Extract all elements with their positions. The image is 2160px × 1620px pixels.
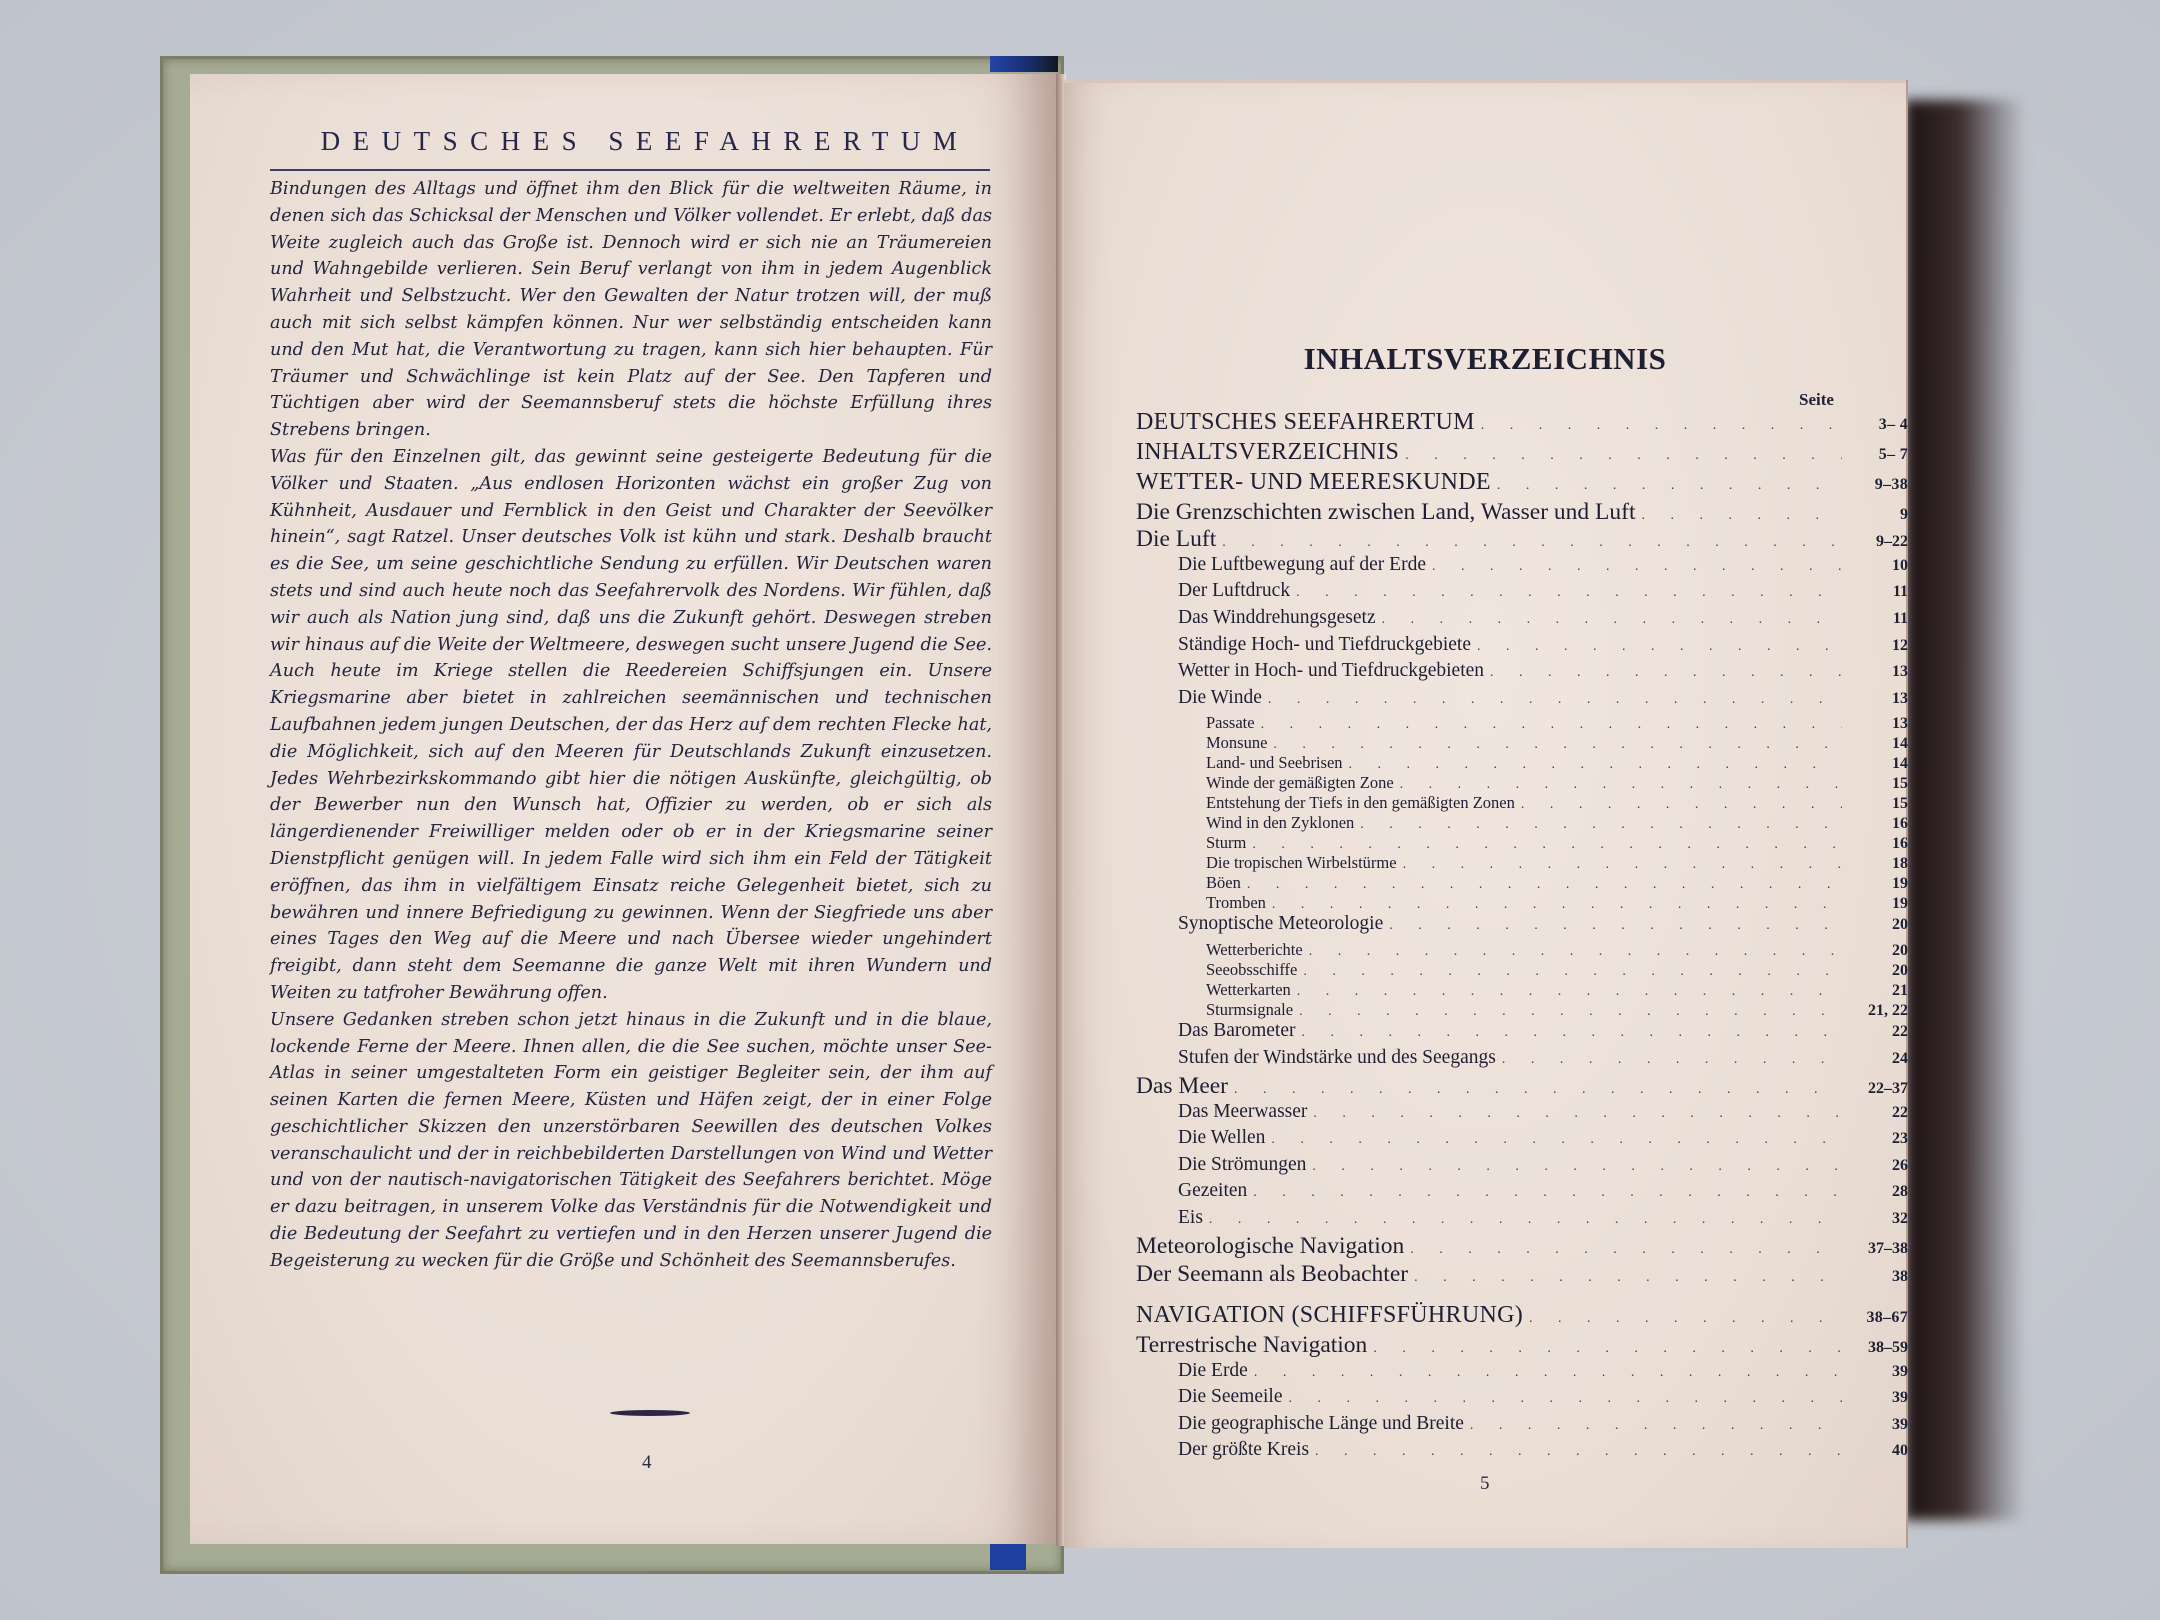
toc-entry-page: 5– 7 [1842,446,1908,464]
toc-entry-page: 38 [1842,1268,1908,1286]
toc-entry-title: Sturmsignale [1206,1000,1299,1020]
toc-entry-page: 18 [1842,854,1908,873]
left-page: DEUTSCHES SEEFAHRERTUM Bindungen des All… [190,74,1060,1544]
toc-entry-title: Die Wellen [1178,1127,1271,1149]
toc-entry-page: 32 [1842,1210,1908,1228]
dot-leader [1297,982,1842,1000]
toc-entry-page: 39 [1842,1416,1908,1434]
dot-leader [1642,508,1843,524]
toc-entry-title: Das Meerwasser [1178,1101,1313,1123]
toc-entry[interactable]: Land- und Seebrisen14 [1136,753,1908,773]
toc-entry-page: 24 [1842,1050,1908,1068]
toc-entry-title: Die tropischen Wirbelstürme [1206,853,1403,873]
toc-entry-page: 13 [1842,714,1908,733]
toc-entry-page: 40 [1842,1442,1908,1460]
dot-leader [1234,1082,1842,1098]
toc-entry-title: Wind in den Zyklonen [1206,813,1360,833]
toc-entry-title: DEUTSCHES SEEFAHRERTUM [1136,409,1481,436]
toc-entry[interactable]: Die Luft9–22 [1136,526,1908,553]
dot-leader [1272,895,1842,913]
toc-entry-title: Die Luft [1136,526,1222,553]
toc-entry-title: Die Erde [1178,1360,1254,1382]
toc-entry-page: 23 [1842,1130,1908,1148]
toc-entry[interactable]: Sturm16 [1136,833,1908,853]
toc-entry[interactable]: DEUTSCHES SEEFAHRERTUM3– 4 [1136,409,1908,439]
toc-entry[interactable]: Tromben19 [1136,893,1908,913]
dot-leader [1273,735,1842,753]
toc-entry-page: 39 [1842,1389,1908,1407]
toc-entry-title: Eis [1178,1207,1209,1229]
dot-leader [1414,1270,1842,1286]
dot-leader [1477,639,1842,655]
toc-entry-page: 13 [1842,663,1908,681]
toc-entry-title: Die Winde [1178,687,1268,709]
toc-entry-title: Die Luftbewegung auf der Erde [1178,554,1432,576]
toc-entry[interactable]: Wetter in Hoch- und Tiefdruckgebieten13 [1136,660,1908,687]
toc-entry-title: Seeobsschiffe [1206,960,1303,980]
toc-entry-title: Passate [1206,713,1261,733]
dot-leader [1382,612,1842,628]
toc-entry[interactable]: NAVIGATION (SCHIFFSFÜHRUNG)38–67 [1136,1302,1908,1332]
dot-leader [1254,1365,1842,1381]
toc-entry-page: 11 [1842,583,1908,601]
toc-entry[interactable]: Die Winde13 [1136,687,1908,714]
toc-entry-title: Die Seemeile [1178,1386,1289,1408]
toc-entry[interactable]: Stufen der Windstärke und des Seegangs24 [1136,1047,1908,1074]
dot-leader [1268,692,1842,708]
toc-entry-page: 19 [1842,874,1908,893]
toc-entry[interactable]: Eis32 [1136,1207,1908,1234]
toc-entry-page: 12 [1842,637,1908,655]
toc-entry-title: Das Meer [1136,1073,1234,1100]
toc-entry-page: 9 [1842,506,1908,524]
toc-entry-title: Land- und Seebrisen [1206,753,1349,773]
dot-leader [1389,918,1842,934]
toc-entry-page: 38–67 [1842,1309,1908,1327]
toc-entry-title: Terrestrische Navigation [1136,1332,1373,1359]
toc-entry-page: 20 [1842,941,1908,960]
toc-entry[interactable]: Das Barometer22 [1136,1020,1908,1047]
dot-leader [1373,1341,1842,1357]
toc-entry-title: Die Strömungen [1178,1154,1312,1176]
right-page: INHALTSVERZEICHNIS Seite DEUTSCHES SEEFA… [1064,80,1906,1548]
toc-entry-title: Ständige Hoch- und Tiefdruckgebiete [1178,634,1477,656]
toc-entry-title: INHALTSVERZEICHNIS [1136,439,1405,466]
toc-entry[interactable]: Das Meer22–37 [1136,1073,1908,1100]
page-title: INHALTSVERZEICHNIS [1064,341,1906,377]
table-of-contents: DEUTSCHES SEEFAHRERTUM3– 4INHALTSVERZEIC… [1136,409,1908,1466]
closing-ornament [610,1410,690,1416]
dot-leader [1222,535,1842,551]
paragraph: Bindungen des Alltags und öffnet ihm den… [270,176,992,444]
page-number: 4 [642,1452,652,1474]
dot-leader [1470,1418,1842,1434]
toc-entry[interactable]: Meteorologische Navigation37–38 [1136,1233,1908,1260]
dot-leader [1209,1212,1842,1228]
toc-entry[interactable]: Das Meerwasser22 [1136,1101,1908,1128]
dot-leader [1299,1002,1842,1020]
dot-leader [1302,1025,1843,1041]
spine-cloth-bottom [990,1540,1026,1570]
book-shadow [1905,100,2025,1520]
toc-entry[interactable]: Gezeiten28 [1136,1180,1908,1207]
toc-entry[interactable]: Der Seemann als Beobachter38 [1136,1261,1908,1288]
toc-entry-page: 26 [1842,1157,1908,1175]
toc-entry[interactable]: Böen19 [1136,873,1908,893]
toc-entry[interactable]: Die tropischen Wirbelstürme18 [1136,853,1908,873]
toc-entry-page: 3– 4 [1842,416,1908,434]
dot-leader [1403,855,1842,873]
toc-entry-page: 21 [1842,981,1908,1000]
toc-entry-page: 22 [1842,1023,1908,1041]
dot-leader [1529,1311,1842,1327]
toc-entry-page: 14 [1842,734,1908,753]
running-head: DEUTSCHES SEEFAHRERTUM [300,126,990,157]
toc-entry-page: 14 [1842,754,1908,773]
toc-entry-title: Gezeiten [1178,1180,1253,1202]
dot-leader [1497,478,1842,494]
toc-entry[interactable]: WETTER- UND MEERESKUNDE9–38 [1136,469,1908,499]
toc-entry[interactable]: Entstehung der Tiefs in den gemäßigten Z… [1136,793,1908,813]
toc-entry-page: 22–37 [1842,1080,1908,1098]
toc-entry[interactable]: Winde der gemäßigten Zone15 [1136,773,1908,793]
page-column-label: Seite [1799,390,1834,410]
dot-leader [1247,875,1842,893]
toc-entry-title: Tromben [1206,893,1272,913]
toc-entry[interactable]: Die Luftbewegung auf der Erde10 [1136,554,1908,581]
dot-leader [1521,795,1842,813]
dot-leader [1296,585,1842,601]
toc-entry[interactable]: Die Grenzschichten zwischen Land, Wasser… [1136,499,1908,526]
toc-entry-page: 38–59 [1842,1339,1908,1357]
dot-leader [1312,1159,1842,1175]
toc-entry-page: 20 [1842,916,1908,934]
toc-entry-page: 9–22 [1842,533,1908,551]
dot-leader [1405,448,1842,464]
toc-entry-page: 28 [1842,1183,1908,1201]
toc-entry-title: Monsune [1206,733,1273,753]
spine-cloth-top [990,56,1058,72]
toc-entry-page: 16 [1842,834,1908,853]
toc-entry-page: 37–38 [1842,1240,1908,1258]
toc-entry[interactable]: INHALTSVERZEICHNIS5– 7 [1136,439,1908,469]
dot-leader [1253,1185,1842,1201]
paragraph: Was für den Einzelnen gilt, das gewinnt … [270,444,992,1007]
toc-entry[interactable]: Wind in den Zyklonen16 [1136,813,1908,833]
toc-entry-title: Meteorologische Navigation [1136,1233,1410,1260]
dot-leader [1261,715,1842,733]
dot-leader [1289,1391,1843,1407]
toc-entry[interactable]: Die Wellen23 [1136,1127,1908,1154]
toc-entry-title: Der größte Kreis [1178,1439,1315,1461]
dot-leader [1349,755,1842,773]
toc-entry[interactable]: Synoptische Meteorologie20 [1136,913,1908,940]
toc-entry-page: 39 [1842,1363,1908,1381]
toc-entry[interactable]: Der Luftdruck11 [1136,580,1908,607]
toc-entry-title: Stufen der Windstärke und des Seegangs [1178,1047,1502,1069]
toc-entry-title: Die Grenzschichten zwischen Land, Wasser… [1136,499,1642,526]
toc-entry-title: Synoptische Meteorologie [1178,913,1389,935]
toc-entry-title: Die geographische Länge und Breite [1178,1413,1470,1435]
dot-leader [1502,1052,1842,1068]
toc-entry[interactable]: Die Erde39 [1136,1360,1908,1387]
toc-entry-page: 10 [1842,557,1908,575]
toc-entry-page: 16 [1842,814,1908,833]
toc-entry-title: Winde der gemäßigten Zone [1206,773,1400,793]
toc-entry-page: 15 [1842,774,1908,793]
dot-leader [1309,942,1842,960]
toc-entry[interactable]: Sturmsignale21, 22 [1136,1000,1908,1020]
toc-entry-title: Das Winddrehungsgesetz [1178,607,1382,629]
paragraph: Unsere Gedanken streben schon jetzt hina… [270,1007,992,1275]
toc-entry[interactable]: Die Strömungen26 [1136,1154,1908,1181]
dot-leader [1360,815,1842,833]
toc-entry[interactable]: Ständige Hoch- und Tiefdruckgebiete12 [1136,634,1908,661]
toc-entry[interactable]: Die geographische Länge und Breite39 [1136,1413,1908,1440]
header-rule [270,169,990,171]
toc-entry-page: 20 [1842,961,1908,980]
toc-entry-page: 21, 22 [1842,1001,1908,1020]
toc-entry-page: 15 [1842,794,1908,813]
dot-leader [1313,1106,1842,1122]
toc-entry-page: 19 [1842,894,1908,913]
page-number: 5 [1480,1473,1490,1495]
body-text: Bindungen des Alltags und öffnet ihm den… [270,176,992,1275]
toc-entry-page: 13 [1842,690,1908,708]
toc-entry[interactable]: Wetterberichte20 [1136,940,1908,960]
dot-leader [1481,418,1842,434]
toc-entry[interactable]: Wetterkarten21 [1136,980,1908,1000]
toc-entry[interactable]: Passate13 [1136,713,1908,733]
toc-entry-title: Sturm [1206,833,1252,853]
toc-entry-title: Böen [1206,873,1247,893]
dot-leader [1315,1444,1842,1460]
toc-entry-title: Das Barometer [1178,1020,1302,1042]
toc-entry-title: Der Luftdruck [1178,580,1296,602]
toc-entry-title: Wetterberichte [1206,940,1309,960]
toc-entry-title: WETTER- UND MEERESKUNDE [1136,469,1497,496]
dot-leader [1400,775,1842,793]
toc-entry[interactable]: Das Winddrehungsgesetz11 [1136,607,1908,634]
toc-entry-page: 22 [1842,1104,1908,1122]
dot-leader [1252,835,1842,853]
toc-entry-title: NAVIGATION (SCHIFFSFÜHRUNG) [1136,1302,1529,1329]
toc-entry[interactable]: Terrestrische Navigation38–59 [1136,1332,1908,1359]
toc-spacer [1136,1288,1908,1302]
toc-entry[interactable]: Die Seemeile39 [1136,1386,1908,1413]
dot-leader [1271,1132,1842,1148]
dot-leader [1490,665,1842,681]
toc-entry-title: Wetter in Hoch- und Tiefdruckgebieten [1178,660,1490,682]
dot-leader [1303,962,1842,980]
toc-entry-title: Wetterkarten [1206,980,1297,1000]
toc-entry-page: 9–38 [1842,476,1908,494]
dot-leader [1432,559,1842,575]
toc-entry[interactable]: Seeobsschiffe20 [1136,960,1908,980]
toc-entry-title: Der Seemann als Beobachter [1136,1261,1414,1288]
toc-entry[interactable]: Monsune14 [1136,733,1908,753]
toc-entry[interactable]: Der größte Kreis40 [1136,1439,1908,1466]
dot-leader [1410,1242,1842,1258]
toc-entry-title: Entstehung der Tiefs in den gemäßigten Z… [1206,793,1521,813]
toc-entry-page: 11 [1842,610,1908,628]
